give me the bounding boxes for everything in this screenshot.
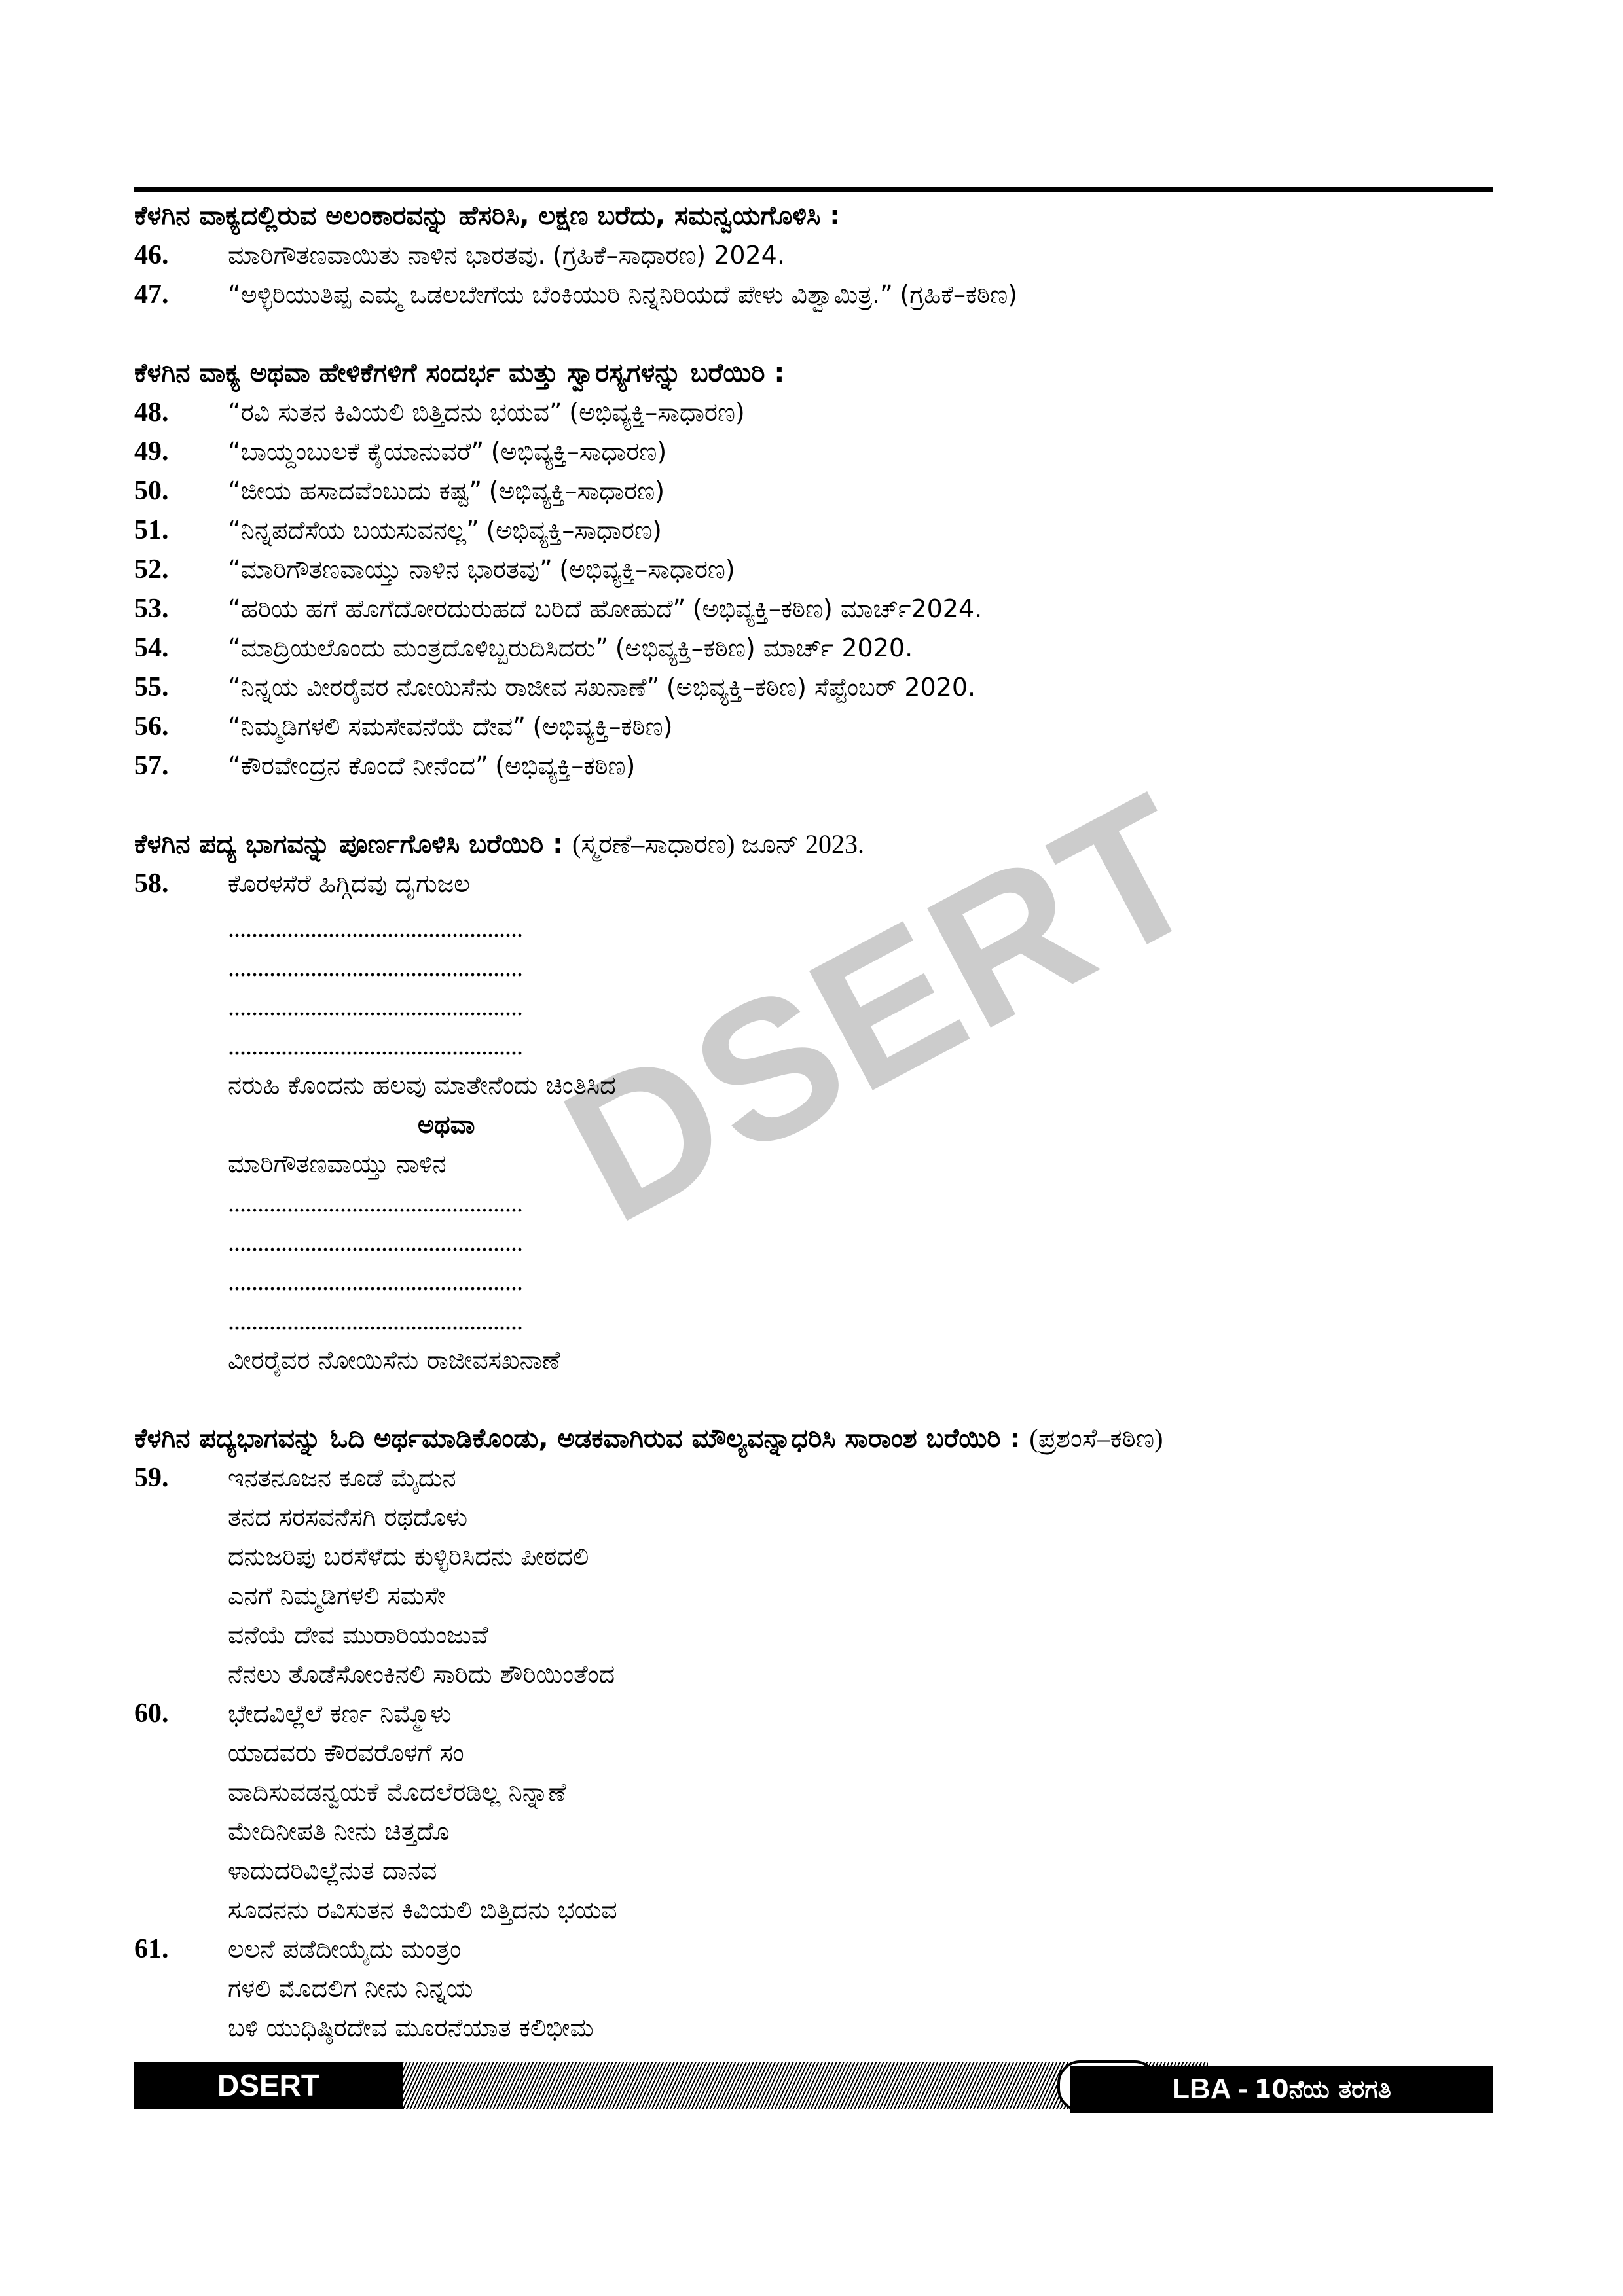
question-meta: (ಗ್ರಹಿಕೆ–ಸಾಧಾರಣ) 2024. [553, 241, 785, 270]
question-item: 48.“ರವಿ ಸುತನ ಕಿವಿಯಲಿ ಬಿತ್ತಿದನು ಭಯವ” (ಅಭಿ… [134, 393, 1496, 432]
or-label: ಅಥವಾ [418, 1105, 1496, 1144]
blank-line[interactable]: ........................................… [228, 1026, 549, 1066]
question-number: 46. [134, 236, 228, 275]
blank-line[interactable]: ........................................… [228, 948, 549, 987]
question-meta: (ಅಭಿವ್ಯಕ್ತಿ–ಕಠಿಣ) ಮಾರ್ಚ್2024. [693, 594, 982, 623]
question-meta: (ಅಭಿವ್ಯಕ್ತಿ–ಕಠಿಣ) ಮಾರ್ಚ್ 2020. [615, 634, 913, 662]
poem-line-row: ಯಾದವರು ಕೌರವರೊಳಗೆ ಸಂ [134, 1733, 1496, 1772]
content: ಕೆಳಗಿನ ವಾಕ್ಯದಲ್ಲಿರುವ ಅಲಂಕಾರವನ್ನು ಹೆಸರಿಸಿ… [134, 196, 1496, 2047]
blank-line[interactable]: ........................................… [228, 1301, 549, 1340]
question-meta: (ಅಭಿವ್ಯಕ್ತಿ–ಸಾಧಾರಣ) [569, 398, 744, 427]
question-meta: (ಅಭಿವ್ಯಕ್ತಿ–ಕಠಿಣ) [532, 712, 672, 741]
question-item: 54.“ಮಾದ್ರಿಯಲೊಂದು ಮಂತ್ರದೊಳಿಬ್ಬರುದಿಸಿದರು” … [134, 628, 1496, 668]
question-number: 58. [134, 864, 228, 903]
question-text: “ನಿನ್ನಪದೆಸೆಯ ಬಯಸುವನಲ್ಲ” [228, 516, 479, 545]
question-text: “ನಿನ್ನಯ ವೀರರೈವರ ನೋಯಿಸೆನು ರಾಜೀವ ಸಖನಾಣೆ” [228, 673, 659, 702]
section-heading-context: ಕೆಳಗಿನ ವಾಕ್ಯ ಅಥವಾ ಹೇಳಿಕೆಗಳಿಗೆ ಸಂದರ್ಭ ಮತ್… [134, 353, 1496, 393]
poem-line-row: ಳಾದುದರಿವಿಲ್ಲೆನುತ ದಾನವ [134, 1851, 1496, 1890]
question-number: 50. [134, 471, 228, 511]
question-text: “ಬಾಯ್ದಂಬುಲಕೆ ಕೈಯಾನುವರೆ” [228, 437, 484, 466]
poem-line-row: ವಾದಿಸುವಡನ್ವಯಕೆ ಮೊದಲೆರಡಿಲ್ಲ ನಿನ್ನಾಣೆ [134, 1772, 1496, 1812]
section-note: (ಪ್ರಶಂಸೆ–ಕಠಿಣ) [1029, 1424, 1163, 1453]
question-text: “ಕೌರವೇಂದ್ರನ ಕೊಂದೆ ನೀನೆಂದ” [228, 751, 488, 780]
question-item: 50.“ಜೀಯ ಹಸಾದವೆಂಬುದು ಕಷ್ಟ” (ಅಭಿವ್ಯಕ್ತಿ–ಸಾ… [134, 471, 1496, 511]
section-heading-summary: ಕೆಳಗಿನ ಪದ್ಯಭಾಗವನ್ನು ಓದಿ ಅರ್ಥಮಾಡಿಕೊಂಡು, ಅ… [134, 1419, 1496, 1458]
poem-line: ನರುಹಿ ಕೊಂದನು ಹಲವು ಮಾತೇನೆಂದು ಚಿಂತಿಸಿದ [228, 1066, 1496, 1105]
poem-line-row: 60.ಭೇದವಿಲ್ಲೆಲೆ ಕರ್ಣ ನಿಮ್ಮೊಳು [134, 1694, 1496, 1733]
poem-line: ನೆನಲು ತೊಡೆಸೋಂಕಿನಲಿ ಸಾರಿದು ಶೌರಿಯಿಂತೆಂದ [228, 1655, 615, 1694]
section-note: (ಸ್ಮರಣೆ–ಸಾಧಾರಣ) ಜೂನ್ 2023. [572, 829, 864, 859]
question-number: 48. [134, 393, 228, 432]
question-item: 57.“ಕೌರವೇಂದ್ರನ ಕೊಂದೆ ನೀನೆಂದ” (ಅಭಿವ್ಯಕ್ತಿ… [134, 746, 1496, 785]
question-number: 49. [134, 432, 228, 471]
poem-line: ಮೇದಿನೀಪತಿ ನೀನು ಚಿತ್ತದೊ [228, 1812, 449, 1851]
question-number: 52. [134, 550, 228, 589]
question-number: 59. [134, 1458, 228, 1498]
question-meta: (ಅಭಿವ್ಯಕ್ತಿ–ಕಠಿಣ) ಸೆಪ್ಟೆಂಬರ್ 2020. [666, 673, 976, 702]
question-meta: (ಅಭಿವ್ಯಕ್ತಿ–ಸಾಧಾರಣ) [559, 555, 735, 584]
question-item: 49.“ಬಾಯ್ದಂಬುಲಕೆ ಕೈಯಾನುವರೆ” (ಅಭಿವ್ಯಕ್ತಿ–ಸ… [134, 432, 1496, 471]
question-item: 46. ಮಾರಿಗೌತಣವಾಯಿತು ನಾಳಿನ ಭಾರತವು. (ಗ್ರಹಿಕ… [134, 236, 1496, 275]
poem-line: ದನುಜರಿಪು ಬರಸೆಳೆದು ಕುಳ್ಳಿರಿಸಿದನು ಪೀಠದಲಿ [228, 1537, 589, 1576]
question-number: 57. [134, 746, 228, 785]
poem-line-row: ಮೇದಿನೀಪತಿ ನೀನು ಚಿತ್ತದೊ [134, 1812, 1496, 1851]
question-text: “ಹರಿಯ ಹಗೆ ಹೊಗೆದೋರದುರುಹದೆ ಬರಿದೆ ಹೋಹುದೆ” [228, 594, 685, 623]
poem-line-row: ಸೂದನನು ರವಿಸುತನ ಕಿವಿಯಲಿ ಬಿತ್ತಿದನು ಭಯವ [134, 1890, 1496, 1929]
question-text: ಮಾರಿಗೌತಣವಾಯಿತು ನಾಳಿನ ಭಾರತವು. [228, 241, 545, 270]
blank-line[interactable]: ........................................… [228, 1223, 549, 1262]
question-meta: (ಗ್ರಹಿಕೆ–ಕಠಿಣ) [900, 280, 1017, 309]
poem-line: ಇನತನೂಜನ ಕೂಡೆ ಮೈದುನ [228, 1458, 456, 1498]
question-number: 54. [134, 628, 228, 668]
poem-line-row: 59.ಇನತನೂಜನ ಕೂಡೆ ಮೈದುನ [134, 1458, 1496, 1498]
question-number: 56. [134, 707, 228, 746]
question-meta: (ಅಭಿವ್ಯಕ್ತಿ–ಸಾಧಾರಣ) [486, 516, 661, 545]
question-meta: (ಅಭಿವ್ಯಕ್ತಿ–ಸಾಧಾರಣ) [489, 476, 665, 505]
question-item: 52.“ಮಾರಿಗೌತಣವಾಯ್ತು ನಾಳಿನ ಭಾರತವು” (ಅಭಿವ್ಯ… [134, 550, 1496, 589]
question-number: 51. [134, 511, 228, 550]
question-text: “ನಿಮ್ಮಡಿಗಳಲಿ ಸಮಸೇವನೆಯೆ ದೇವ” [228, 712, 526, 741]
blank-line[interactable]: ........................................… [228, 1183, 549, 1223]
footer: DSERT 44 LBA - 10ನೆಯ ತರಗತಿ [134, 2062, 1493, 2113]
question-text: “ರವಿ ಸುತನ ಕಿವಿಯಲಿ ಬಿತ್ತಿದನು ಭಯವ” [228, 398, 562, 427]
question-meta: (ಅಭಿವ್ಯಕ್ತಿ–ಕಠಿಣ) [495, 751, 635, 780]
poem-line: ತನದ ಸರಸವನೆಸಗಿ ರಥದೊಳು [228, 1498, 467, 1537]
poem-line: ವೀರರೈವರ ನೋಯಿಸೆನು ರಾಜೀವಸಖನಾಣೆ [228, 1340, 1496, 1380]
poem-line: ಯಾದವರು ಕೌರವರೊಳಗೆ ಸಂ [228, 1733, 464, 1772]
poem-line: ಮಾರಿಗೌತಣವಾಯ್ತು ನಾಳಿನ [228, 1144, 1496, 1183]
question-item: 58. ಕೊರಳಸೆರೆ ಹಿಗ್ಗಿದವು ದೃಗುಜಲ [134, 864, 1496, 903]
poem-line: ಸೂದನನು ರವಿಸುತನ ಕಿವಿಯಲಿ ಬಿತ್ತಿದನು ಭಯವ [228, 1890, 617, 1929]
poem-line: ಳಾದುದರಿವಿಲ್ಲೆನುತ ದಾನವ [228, 1851, 437, 1890]
blank-line[interactable]: ........................................… [228, 908, 549, 948]
question-item: 56.“ನಿಮ್ಮಡಿಗಳಲಿ ಸಮಸೇವನೆಯೆ ದೇವ” (ಅಭಿವ್ಯಕ್… [134, 707, 1496, 746]
poem-line-row: ಗಳಲಿ ಮೊದಲಿಗ ನೀನು ನಿನ್ನಯ [134, 1969, 1496, 2008]
question-text: “ಮಾದ್ರಿಯಲೊಂದು ಮಂತ್ರದೊಳಿಬ್ಬರುದಿಸಿದರು” [228, 634, 608, 662]
footer-brand: DSERT [134, 2062, 403, 2109]
poem-line: ಲಲನೆ ಪಡೆದೀಯೈದು ಮಂತ್ರಂ [228, 1929, 461, 1969]
poem-line-row: ನೆನಲು ತೊಡೆಸೋಂಕಿನಲಿ ಸಾರಿದು ಶೌರಿಯಿಂತೆಂದ [134, 1655, 1496, 1694]
top-rule [134, 187, 1493, 192]
question-number: 61. [134, 1929, 228, 1969]
section-heading-complete-poem: ಕೆಳಗಿನ ಪದ್ಯ ಭಾಗವನ್ನು ಪೂರ್ಣಗೊಳಿಸಿ ಬರೆಯಿರಿ… [134, 825, 1496, 864]
question-number: 47. [134, 275, 228, 314]
question-text: “ಜೀಯ ಹಸಾದವೆಂಬುದು ಕಷ್ಟ” [228, 476, 482, 505]
question-item: 47. “ಅಳ್ಳಿರಿಯುತಿಪ್ಪ ಎಮ್ಮ ಒಡಲಬೇಗೆಯ ಬೆಂಕಿಯ… [134, 275, 1496, 314]
blank-line[interactable]: ........................................… [228, 987, 549, 1026]
question-meta: (ಅಭಿವ್ಯಕ್ತಿ–ಸಾಧಾರಣ) [491, 437, 666, 466]
question-number: 53. [134, 589, 228, 628]
poem-line: ವನೆಯೆ ದೇವ ಮುರಾರಿಯಂಜುವೆ [228, 1615, 488, 1655]
question-text: “ಅಳ್ಳಿರಿಯುತಿಪ್ಪ ಎಮ್ಮ ಒಡಲಬೇಗೆಯ ಬೆಂಕಿಯುರಿ … [228, 280, 893, 309]
poem-line-row: ತನದ ಸರಸವನೆಸಗಿ ರಥದೊಳು [134, 1498, 1496, 1537]
poem-line-row: ಎನಗೆ ನಿಮ್ಮಡಿಗಳಲಿ ಸಮಸೇ [134, 1576, 1496, 1615]
question-text: “ಮಾರಿಗೌತಣವಾಯ್ತು ನಾಳಿನ ಭಾರತವು” [228, 555, 553, 584]
poem-line-row: ಬಳಿ ಯುಧಿಷ್ಠಿರದೇವ ಮೂರನೆಯಾತ ಕಲಿಭೀಮ [134, 2008, 1496, 2047]
document-page: DSERT ಕೆಳಗಿನ ವಾಕ್ಯದಲ್ಲಿರುವ ಅಲಂಕಾರವನ್ನು ಹ… [0, 0, 1623, 2296]
poem-line: ಗಳಲಿ ಮೊದಲಿಗ ನೀನು ನಿನ್ನಯ [228, 1969, 473, 2008]
poem-line-row: 61.ಲಲನೆ ಪಡೆದೀಯೈದು ಮಂತ್ರಂ [134, 1929, 1496, 1969]
question-item: 55.“ನಿನ್ನಯ ವೀರರೈವರ ನೋಯಿಸೆನು ರಾಜೀವ ಸಖನಾಣೆ… [134, 668, 1496, 707]
poem-line: ವಾದಿಸುವಡನ್ವಯಕೆ ಮೊದಲೆರಡಿಲ್ಲ ನಿನ್ನಾಣೆ [228, 1772, 566, 1812]
blank-line[interactable]: ........................................… [228, 1262, 549, 1301]
question-item: 51.“ನಿನ್ನಪದೆಸೆಯ ಬಯಸುವನಲ್ಲ” (ಅಭಿವ್ಯಕ್ತಿ–ಸ… [134, 511, 1496, 550]
question-item: 53.“ಹರಿಯ ಹಗೆ ಹೊಗೆದೋರದುರುಹದೆ ಬರಿದೆ ಹೋಹುದೆ… [134, 589, 1496, 628]
question-number: 60. [134, 1694, 228, 1733]
poem-line: ಕೊರಳಸೆರೆ ಹಿಗ್ಗಿದವು ದೃಗುಜಲ [228, 864, 470, 903]
poem-line: ಭೇದವಿಲ್ಲೆಲೆ ಕರ್ಣ ನಿಮ್ಮೊಳು [228, 1694, 451, 1733]
question-number: 55. [134, 668, 228, 707]
poem-line-row: ದನುಜರಿಪು ಬರಸೆಳೆದು ಕುಳ್ಳಿರಿಸಿದನು ಪೀಠದಲಿ [134, 1537, 1496, 1576]
poem-line: ಎನಗೆ ನಿಮ್ಮಡಿಗಳಲಿ ಸಮಸೇ [228, 1576, 446, 1615]
footer-class-label: LBA - 10ನೆಯ ತರಗತಿ [1070, 2066, 1493, 2113]
poem-line: ಬಳಿ ಯುಧಿಷ್ಠಿರದೇವ ಮೂರನೆಯಾತ ಕಲಿಭೀಮ [228, 2008, 594, 2047]
section-heading-figure-of-speech: ಕೆಳಗಿನ ವಾಕ್ಯದಲ್ಲಿರುವ ಅಲಂಕಾರವನ್ನು ಹೆಸರಿಸಿ… [134, 196, 1496, 236]
poem-line-row: ವನೆಯೆ ದೇವ ಮುರಾರಿಯಂಜುವೆ [134, 1615, 1496, 1655]
